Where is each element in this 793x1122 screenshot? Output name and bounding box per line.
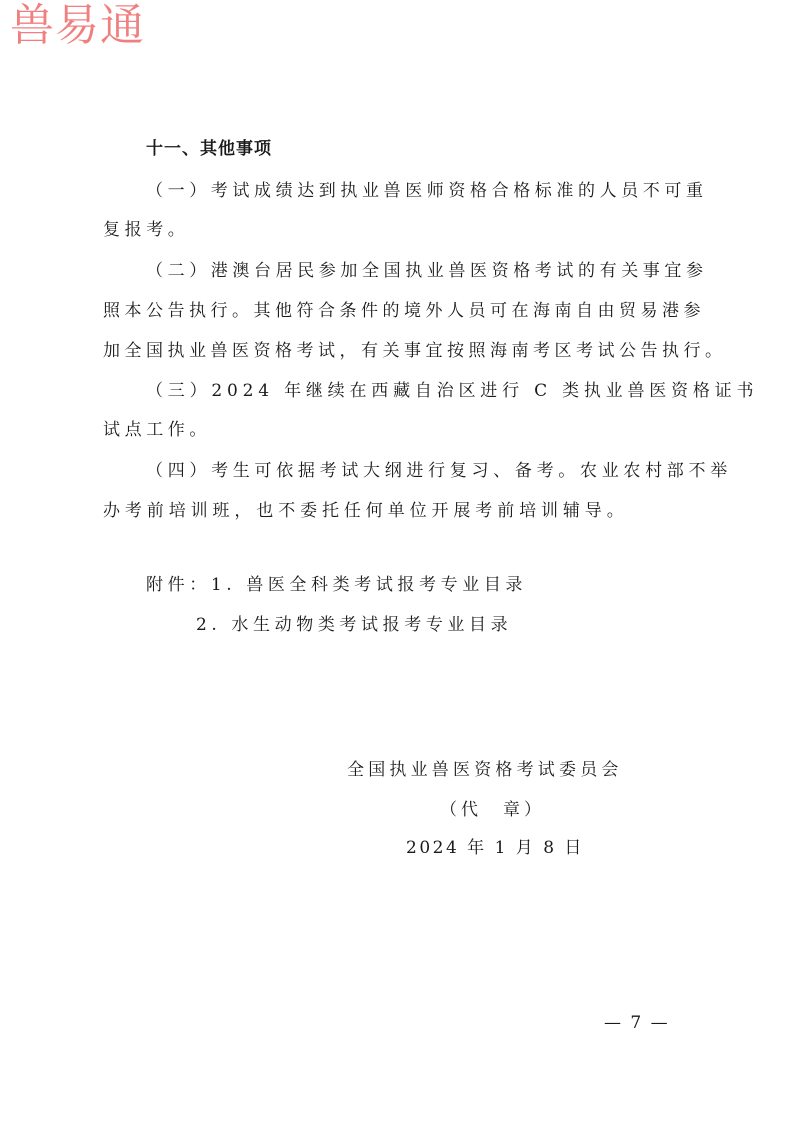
paragraph-3-line-1: （三）2024 年继续在西藏自治区进行 C 类执业兽医资格证书 <box>146 376 758 401</box>
signature-organization: 全国执业兽医资格考试委员会 <box>347 755 623 780</box>
watermark-logo: 兽易通 <box>10 0 145 52</box>
paragraph-2-line-2: 照本公告执行。其他符合条件的境外人员可在海南自由贸易港参 <box>103 296 705 321</box>
paragraph-2-line-1: （二）港澳台居民参加全国执业兽医资格考试的有关事宜参 <box>146 256 708 281</box>
paragraph-4-line-1: （四）考生可依据考试大纲进行复习、备考。农业农村部不举 <box>146 456 732 481</box>
attachments-label: 附件： <box>146 575 211 595</box>
paragraph-3-line-2: 试点工作。 <box>103 415 211 440</box>
signature-date: 2024 年 1 月 8 日 <box>406 833 584 858</box>
paragraph-2-line-3: 加全国执业兽医资格考试，有关事宜按照海南考区考试公告执行。 <box>103 336 727 361</box>
attachment-1: 附件：1. 兽医全科类考试报考专业目录 <box>146 570 527 595</box>
attachment-1-title: 1. 兽医全科类考试报考专业目录 <box>211 575 527 595</box>
attachment-2: 2. 水生动物类考试报考专业目录 <box>196 610 512 635</box>
paragraph-1-line-2: 复报考。 <box>103 215 189 240</box>
page-number: — 7 — <box>604 1013 670 1033</box>
paragraph-4-line-2: 办考前培训班，也不委托任何单位开展考前培训辅导。 <box>103 496 629 521</box>
paragraph-1-line-1: （一）考试成绩达到执业兽医师资格合格标准的人员不可重 <box>146 176 708 201</box>
signature-seal-note: （代 章） <box>440 795 545 820</box>
section-heading: 十一、其他事项 <box>146 134 272 159</box>
